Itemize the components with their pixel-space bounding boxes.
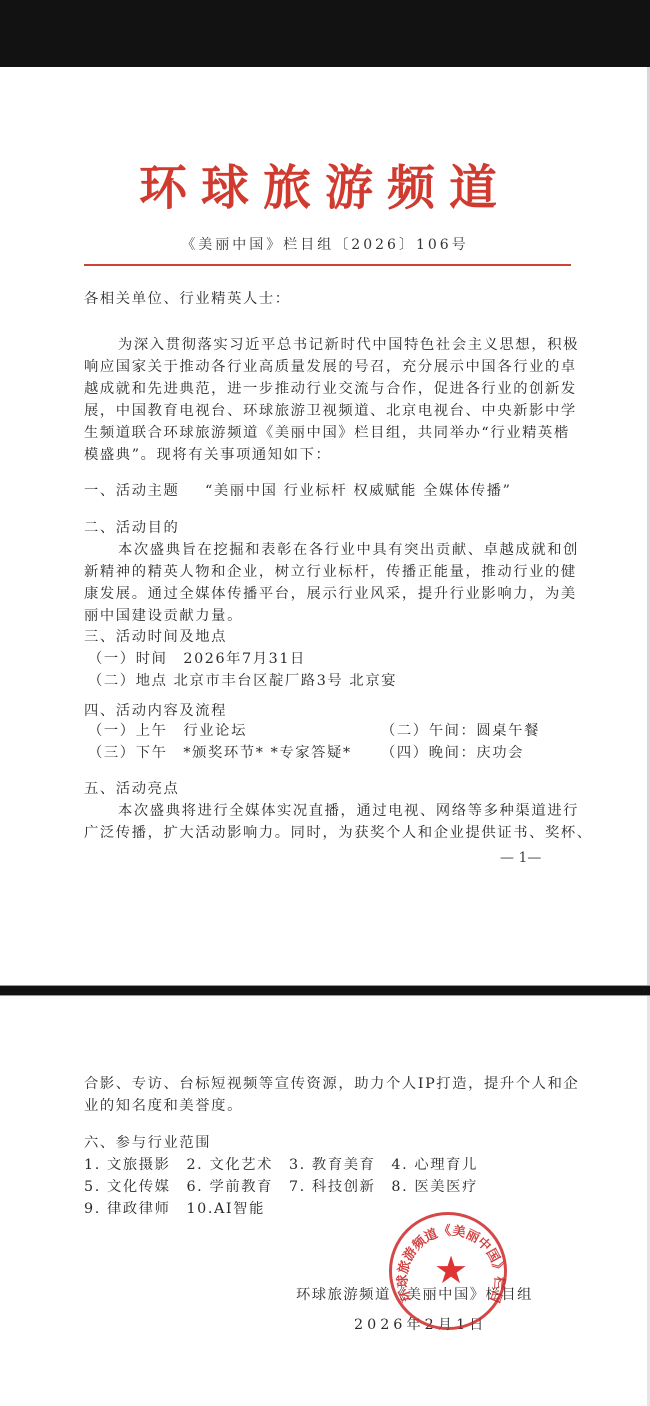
section1-heading: 一、活动主题	[84, 480, 179, 502]
section6-heading: 六、参与行业范围	[84, 1132, 211, 1154]
section5-heading: 五、活动亮点	[84, 778, 179, 800]
page-separator-bar	[0, 985, 650, 996]
schedule-item-evening: （四）晚间：庆功会	[381, 742, 524, 764]
section2-line: 新精神的精英人物和企业，树立行业标杆，传播正能量，推动行业的健	[84, 561, 577, 583]
section3-heading: 三、活动时间及地点	[84, 626, 227, 648]
intro-line: 模盛典”。现将有关事项通知如下：	[84, 444, 331, 466]
intro-line: 展，中国教育电视台、环球旅游卫视频道、北京电视台、中央新影中学	[84, 400, 577, 422]
section5-line: 业的知名度和美誉度。	[84, 1095, 243, 1117]
schedule-item-noon: （二）午间：圆桌午餐	[381, 720, 540, 742]
intro-line: 生频道联合环球旅游频道《美丽中国》栏目组，共同举办“行业精英楷	[84, 422, 570, 444]
industry-row: 9. 律政律师 10.AI智能	[84, 1198, 265, 1220]
section2-line: 丽中国建设贡献力量。	[84, 605, 243, 627]
industry-row: 1. 文旅摄影 2. 文化艺术 3. 教育美育 4. 心理育儿	[84, 1154, 478, 1176]
section2-line: 本次盛典旨在挖掘和表彰在各行业中具有突出贡献、卓越成就和创	[118, 539, 579, 561]
intro-line: 越成就和先进典范，进一步推动行业交流与合作，促进各行业的创新发	[84, 378, 577, 400]
page-number: — 1—	[500, 850, 541, 866]
section2-heading: 二、活动目的	[84, 517, 179, 539]
section5-line: 本次盛典将进行全媒体实况直播，通过电视、网络等多种渠道进行	[118, 800, 579, 822]
section2-line: 康发展。通过全媒体传播平台，展示行业风采，提升行业影响力，为美	[84, 583, 577, 605]
salutation: 各相关单位、行业精英人士：	[84, 288, 291, 310]
industry-row: 5. 文化传媒 6. 学前教育 7. 科技创新 8. 医美医疗	[84, 1176, 478, 1198]
intro-line: 为深入贯彻落实习近平总书记新时代中国特色社会主义思想，积极	[118, 334, 579, 356]
red-header-rule	[84, 264, 571, 266]
section3-place: （二）地点 北京市丰台区靛厂路3号 北京宴	[88, 670, 397, 692]
top-black-bar	[0, 0, 650, 67]
section5-line: 合影、专访、台标短视频等宣传资源，助力个人IP打造，提升个人和企	[84, 1073, 579, 1095]
schedule-item-morning: （一）上午 行业论坛	[88, 720, 247, 742]
section1-theme: “美丽中国 行业标杆 权威赋能 全媒体传播”	[205, 480, 512, 502]
section4-heading: 四、活动内容及流程	[84, 700, 227, 722]
intro-line: 响应国家关于推动各行业高质量发展的号召，充分展示中国各行业的卓	[84, 356, 577, 378]
official-seal: 环球旅游频道《美丽中国》栏目组 ★	[389, 1212, 507, 1330]
seal-star-icon: ★	[434, 1251, 468, 1289]
section5-line: 广泛传播，扩大活动影响力。同时，为获奖个人和企业提供证书、奖杯、	[84, 822, 593, 844]
section3-time: （一）时间 2026年7月31日	[88, 648, 306, 670]
schedule-item-afternoon: （三）下午 *颁奖环节* *专家答疑*	[88, 742, 352, 764]
document-number: 《美丽中国》栏目组〔2026〕106号	[0, 235, 650, 255]
header-title: 环球旅游频道	[0, 160, 650, 216]
